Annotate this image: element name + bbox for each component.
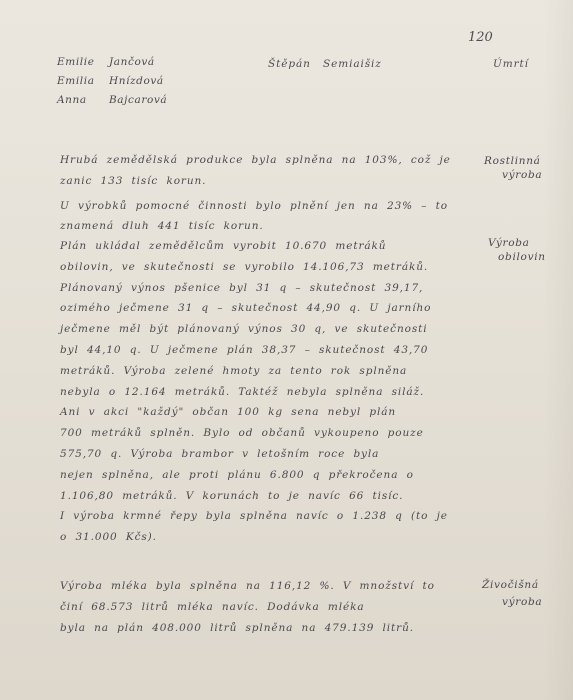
first-name: Emilia (57, 75, 105, 87)
text-line: U výrobků pomocné činnosti bylo plnění j… (60, 196, 480, 217)
text-line: nebyla o 12.164 metráků. Taktéž nebyla s… (60, 382, 480, 403)
text-line: zanic 133 tisíc korun. (60, 171, 480, 192)
margin-note-line: obilovin (488, 250, 546, 264)
last-name: Bajcarová (109, 94, 167, 106)
text-line: 575,70 q. Výroba brambor v letošním roce… (60, 444, 480, 465)
text-line: obilovin, ve skutečnosti se vyrobilo 14.… (60, 257, 480, 278)
text-line: Výroba mléka byla splněna na 116,12 %. V… (60, 576, 480, 597)
margin-note-line: Živočišná (482, 578, 542, 592)
text-line: nejen splněna, ale proti plánu 6.800 q p… (60, 465, 480, 486)
text-line: I výroba krmné řepy byla splněna navíc o… (60, 506, 480, 527)
section-milk-production: Výroba mléka byla splněna na 116,12 %. V… (60, 576, 480, 638)
text-line: byla na plán 408.000 litrů splněna na 47… (60, 618, 480, 639)
margin-note-plant-production: Rostlinná výroba (484, 154, 542, 182)
text-line: činí 68.573 litrů mléka navíc. Dodávka m… (60, 597, 480, 618)
header-right-label: Úmrtí (493, 58, 529, 70)
section-grain-production: Plán ukládal zemědělcům vyrobit 10.670 m… (60, 236, 480, 548)
last-name: Jančová (109, 56, 155, 68)
header-name-row: Emilie Jančová (57, 56, 167, 75)
margin-note-grain-production: Výroba obilovin (488, 236, 546, 264)
text-line: byl 44,10 q. U ječmene plán 38,37 – skut… (60, 340, 480, 361)
page-edge-shadow (543, 0, 573, 700)
first-name: Emilie (57, 56, 105, 68)
margin-note-animal-production: Živočišná výroba (482, 578, 542, 609)
text-line: ozimého ječmene 31 q – skutečnost 44,90 … (60, 298, 480, 319)
chronicle-page: 120 Emilie Jančová Emilia Hnízdová Anna … (0, 0, 573, 700)
text-line: 700 metráků splněn. Bylo od občanů vykou… (60, 423, 480, 444)
margin-note-line: Výroba (488, 236, 546, 250)
text-line: o 31.000 Kčs). (60, 527, 480, 548)
header-name-row: Emilia Hnízdová (57, 75, 167, 94)
margin-note-line: výroba (482, 595, 542, 609)
first-name: Anna (57, 94, 105, 106)
text-line: metráků. Výroba zelené hmoty za tento ro… (60, 361, 480, 382)
text-line: Hrubá zemědělská produkce byla splněna n… (60, 150, 480, 171)
text-line: Plán ukládal zemědělcům vyrobit 10.670 m… (60, 236, 480, 257)
text-line: Ani v akci "každý" občan 100 kg sena neb… (60, 402, 480, 423)
text-line: Plánovaný výnos pšenice byl 31 q – skute… (60, 278, 480, 299)
text-line: znamená dluh 441 tisíc korun. (60, 216, 480, 237)
header-name-row: Anna Bajcarová (57, 94, 167, 113)
header-names: Emilie Jančová Emilia Hnízdová Anna Bajc… (57, 56, 167, 113)
page-number: 120 (468, 30, 493, 45)
text-line: ječmene měl být plánovaný výnos 30 q, ve… (60, 319, 480, 340)
section-overall-production: Hrubá zemědělská produkce byla splněna n… (60, 150, 480, 237)
margin-note-line: výroba (484, 168, 542, 182)
margin-note-line: Rostlinná (484, 154, 542, 168)
last-name: Hnízdová (109, 75, 164, 87)
text-line: 1.106,80 metráků. V korunách to je navíc… (60, 486, 480, 507)
header-center-name: Štěpán Semiaišiz (268, 58, 382, 70)
